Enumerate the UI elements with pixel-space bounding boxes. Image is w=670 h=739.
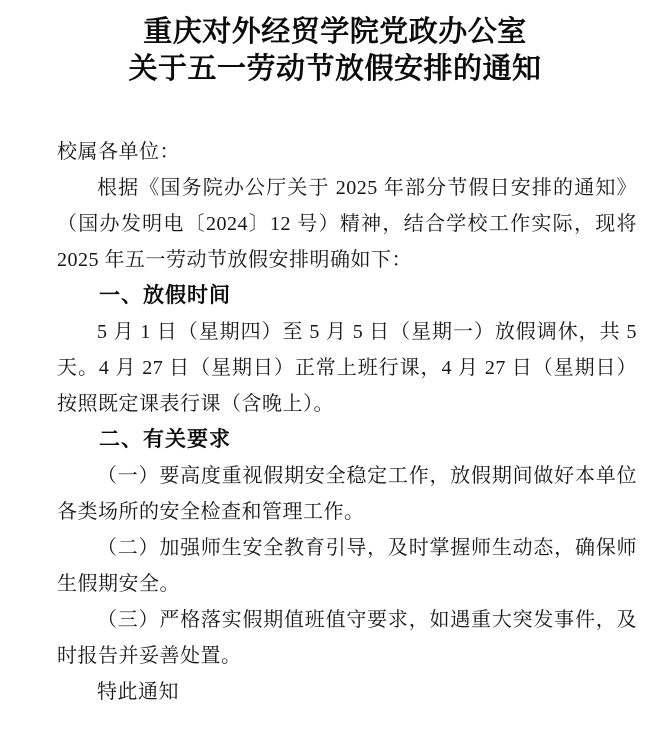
notice-title: 重庆对外经贸学院党政办公室 关于五一劳动节放假安排的通知 xyxy=(0,14,670,88)
holiday-time-paragraph: 5 月 1 日（星期四）至 5 月 5 日（星期一）放假调休，共 5 天。4 月… xyxy=(57,314,637,422)
closing-line: 特此通知 xyxy=(57,674,637,710)
salutation: 校属各单位： xyxy=(57,134,637,170)
section-holiday-time-heading: 一、放假时间 xyxy=(57,278,637,314)
intro-paragraph: 根据《国务院办公厅关于 2025 年部分节假日安排的通知》（国办发明电〔2024… xyxy=(57,170,637,278)
requirement-paragraph-3: （三）严格落实假期值班值守要求，如遇重大突发事件，及时报告并妥善处置。 xyxy=(57,602,637,674)
section-requirements-heading: 二、有关要求 xyxy=(57,422,637,458)
notice-page: 重庆对外经贸学院党政办公室 关于五一劳动节放假安排的通知 校属各单位： 根据《国… xyxy=(0,0,670,739)
requirement-paragraph-1: （一）要高度重视假期安全稳定工作，放假期间做好本单位各类场所的安全检查和管理工作… xyxy=(57,458,637,530)
title-line-1: 重庆对外经贸学院党政办公室 xyxy=(0,14,670,51)
requirement-paragraph-2: （二）加强师生安全教育引导，及时掌握师生动态，确保师生假期安全。 xyxy=(57,530,637,602)
title-line-2: 关于五一劳动节放假安排的通知 xyxy=(0,51,670,88)
notice-body: 校属各单位： 根据《国务院办公厅关于 2025 年部分节假日安排的通知》（国办发… xyxy=(57,134,637,710)
